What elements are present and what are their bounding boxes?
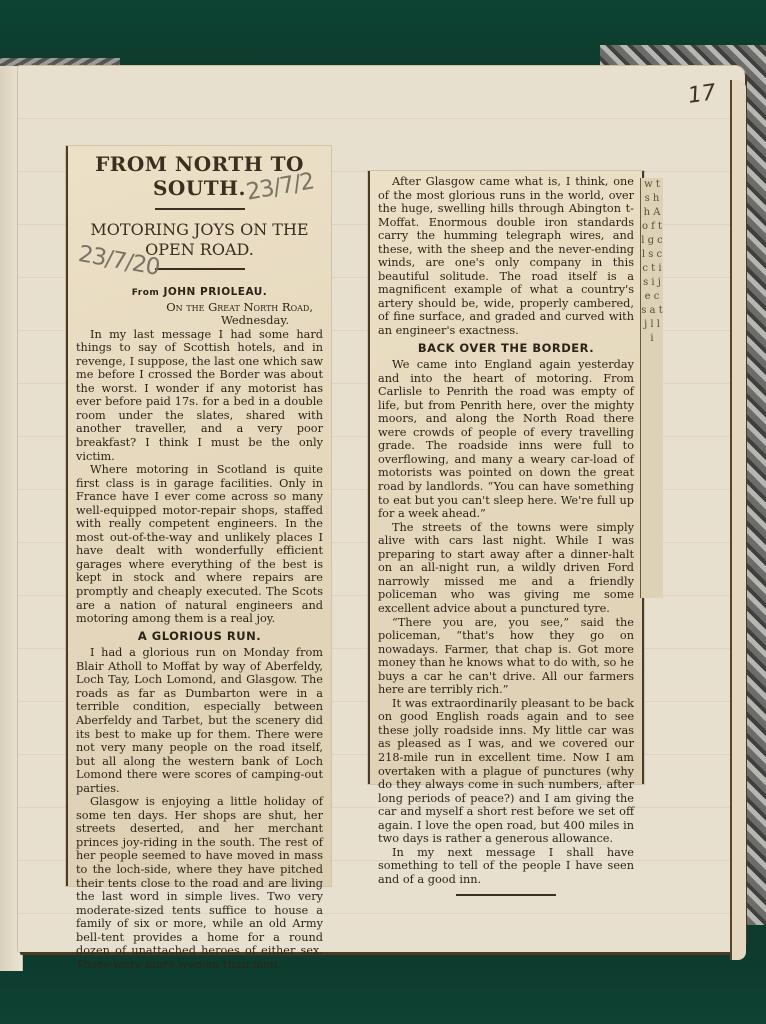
- paragraph: After Glasgow came what is, I think, one…: [378, 175, 634, 338]
- dateline-day: Wednesday.: [76, 314, 323, 328]
- byline: From JOHN PRIOLEAU.: [76, 286, 323, 301]
- adjacent-clipping-fragment: w t s h h A o f t l g c l s c c t i s i …: [640, 178, 663, 598]
- page-stack-edge: [730, 80, 746, 960]
- paragraph: In my next message I shall have somethin…: [378, 846, 634, 887]
- paragraph: Where motoring in Scotland is quite firs…: [76, 463, 323, 626]
- page-number: 17: [686, 80, 717, 109]
- paragraph: I had a glorious run on Monday from Blai…: [76, 646, 323, 795]
- divider-rule: [155, 268, 245, 270]
- paragraph: It was extraordinarily pleasant to be ba…: [378, 697, 634, 846]
- section-heading: BACK OVER THE BORDER.: [378, 342, 634, 356]
- byline-prefix: From: [132, 288, 160, 298]
- section-heading: A GLORIOUS RUN.: [76, 630, 323, 644]
- paragraph: “There you are, you see,” said the polic…: [378, 616, 634, 697]
- paragraph: In my last message I had some hard thing…: [76, 328, 323, 463]
- byline-author: JOHN PRIOLEAU.: [163, 286, 267, 298]
- paragraph: We came into England again yesterday and…: [378, 358, 634, 521]
- divider-rule: [155, 208, 245, 210]
- newspaper-clipping-right: After Glasgow came what is, I think, one…: [368, 171, 644, 784]
- paragraph: The streets of the towns were simply ali…: [378, 521, 634, 616]
- paragraph: Glasgow is enjoying a little holiday of …: [76, 795, 323, 971]
- end-rule: [456, 894, 556, 896]
- dateline-place: On the Great North Road,: [76, 301, 323, 315]
